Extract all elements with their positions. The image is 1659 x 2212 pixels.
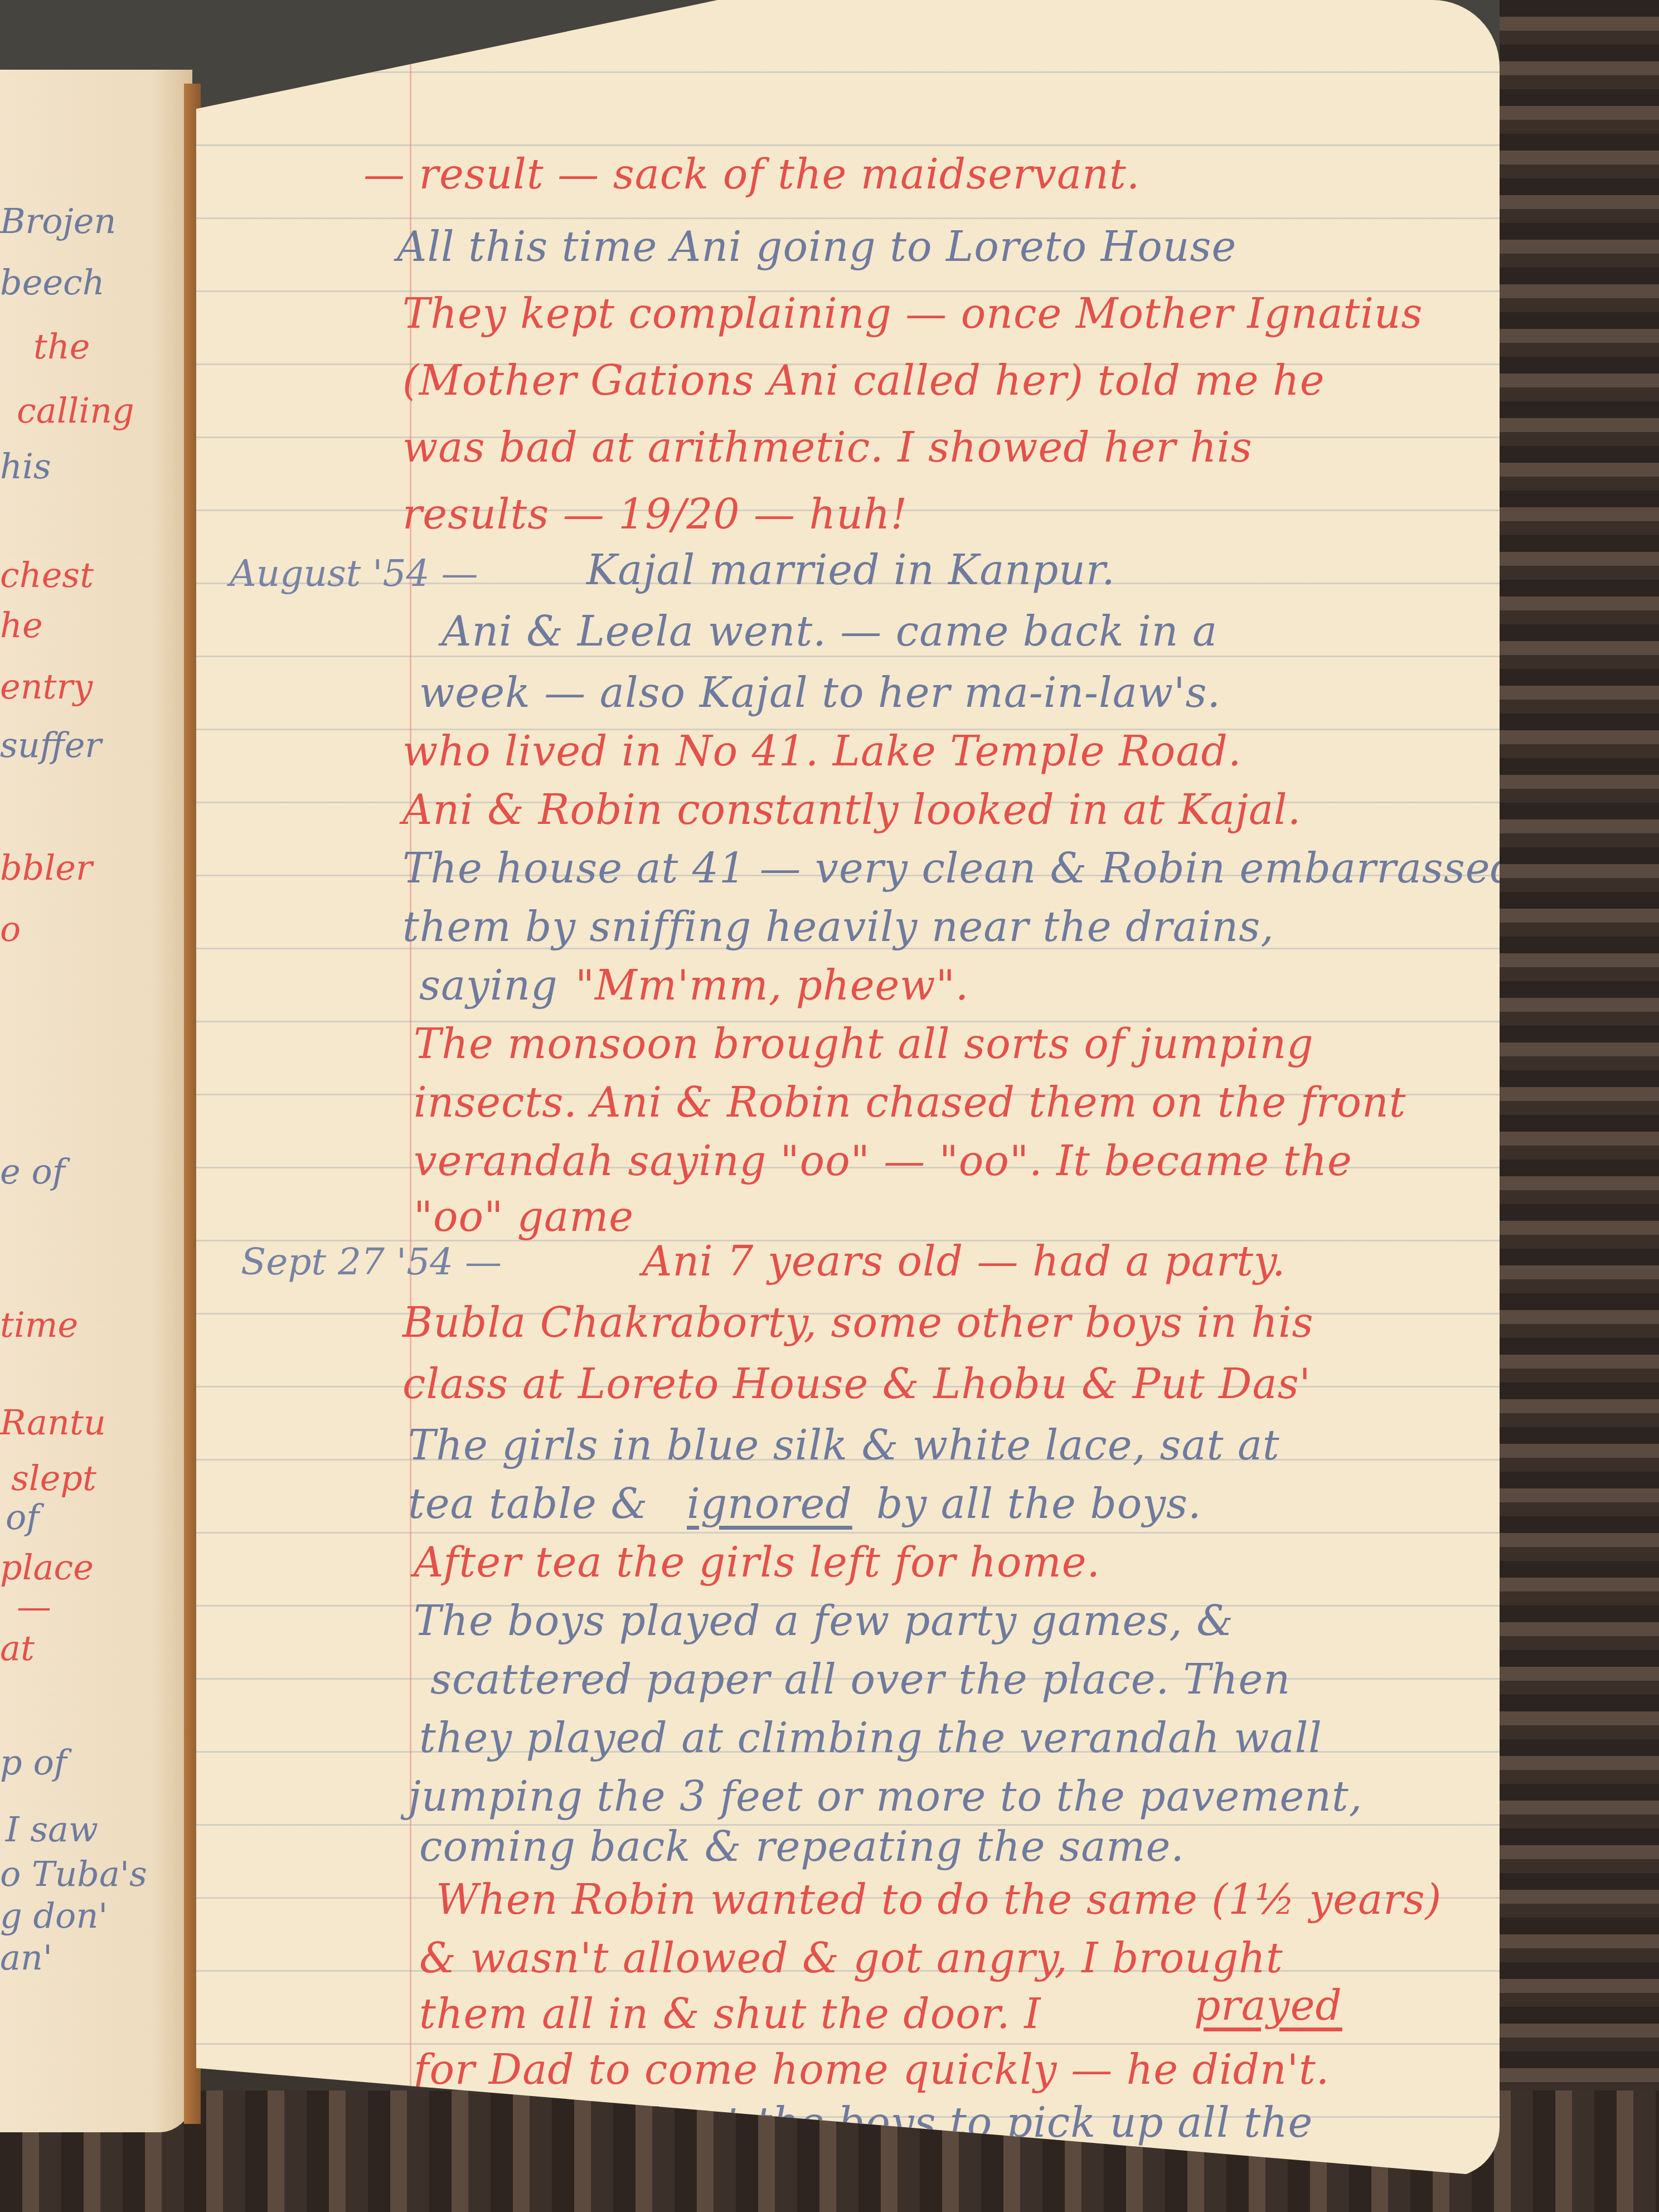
left-page: Brojen beech the calling his chest he en… (0, 70, 192, 2132)
text-line: jumping the 3 feet or more to the paveme… (408, 1773, 1362, 1821)
text-line: week — also Kajal to her ma-in-law's. (419, 669, 1221, 717)
text-line: When Robin wanted to do the same (1½ yea… (436, 1876, 1442, 1924)
text-line: tea table & (408, 1480, 648, 1528)
left-fragment: beech (0, 262, 105, 303)
text-line: was bad at arithmetic. I showed her his (402, 424, 1253, 472)
left-fragment: at (0, 1628, 35, 1668)
text-line: Bubla Chakraborty, some other boys in hi… (402, 1299, 1314, 1347)
left-fragment: the (33, 326, 90, 367)
left-fragment: place (0, 1547, 94, 1588)
text-line: saying (419, 962, 558, 1010)
text-line: The house at 41 — very clean & Robin emb… (402, 845, 1517, 892)
text-line: they played at climbing the verandah wal… (419, 1714, 1322, 1762)
text-line: them by sniffing heavily near the drains… (402, 903, 1274, 951)
background-table-right (1500, 0, 1659, 2212)
text-line: scattered paper all over the place. Then (430, 1656, 1291, 1704)
text-line: Ani & Leela went. — came back in a (442, 608, 1217, 656)
entry-date-sept: Sept 27 '54 — (241, 1240, 502, 1283)
text-line: class at Loreto House & Lhobu & Put Das' (402, 1360, 1311, 1408)
text-line: After tea the girls left for home. (414, 1539, 1100, 1587)
text-line: The girls in blue silk & white lace, sat… (408, 1422, 1280, 1469)
left-fragment: an' (0, 1937, 52, 1978)
left-fragment: Brojen (0, 201, 116, 241)
left-fragment: g don' (0, 1895, 108, 1936)
text-line: All this time Ani going to Loreto House (397, 223, 1236, 271)
left-fragment: o (0, 909, 21, 949)
left-fragment: — (17, 1586, 51, 1627)
text-line: by all the boys. (876, 1480, 1202, 1528)
underlined-word: prayed (1194, 1982, 1342, 2030)
text-line: results — 19/20 — huh! (402, 491, 908, 539)
left-fragment: he (0, 605, 43, 646)
text-line: insects. Ani & Robin chased them on the … (414, 1079, 1406, 1127)
text-line: verandah saying "oo" — "oo". It became t… (414, 1137, 1352, 1185)
underlined-word: ignored (687, 1480, 852, 1528)
text-line: them all in & shut the door. I (419, 1990, 1041, 2038)
text-line: The boys played a few party games, & (414, 1597, 1234, 1645)
text-line: "Mm'mm, pheew". (575, 962, 969, 1010)
left-fragment: calling (17, 390, 134, 431)
text-line: who lived in No 41. Lake Temple Road. (402, 727, 1241, 775)
text-line: for Dad to come home quickly — he didn't… (414, 2046, 1330, 2094)
text-line: Ani 7 years old — had a party. (642, 1238, 1286, 1286)
left-fragment: slept (11, 1458, 96, 1498)
left-fragment: entry (0, 666, 93, 707)
text-line: — result — sack of the maidservant. (363, 151, 1140, 198)
text-line: coming back & repeating the same. (419, 1823, 1185, 1871)
text-line: They kept complaining — once Mother Igna… (402, 290, 1423, 338)
text-line: Ani & Robin constantly looked in at Kaja… (402, 786, 1301, 834)
left-fragment: suffer (0, 725, 101, 765)
entry-date-august: August '54 — (230, 552, 478, 595)
left-fragment: bbler (0, 847, 93, 888)
left-fragment: e of (0, 1151, 65, 1192)
text-line: The monsoon brought all sorts of jumping (414, 1020, 1314, 1068)
left-fragment: his (0, 446, 51, 487)
left-fragment: time (0, 1304, 78, 1345)
left-fragment: of (6, 1497, 39, 1537)
text-line: & wasn't allowed & got angry, I brought (419, 1934, 1283, 1982)
text-line: Kajal married in Kanpur. (586, 546, 1115, 594)
text-line: "oo" game (414, 1193, 634, 1241)
left-fragment: I saw (6, 1809, 98, 1850)
left-fragment: o Tuba's (0, 1854, 147, 1894)
right-page: — result — sack of the maidservant. All … (196, 0, 1500, 2177)
left-fragment: Rantu (0, 1402, 106, 1443)
left-fragment: p of (0, 1742, 67, 1783)
left-fragment: chest (0, 555, 94, 595)
text-line: (Mother Gations Ani called her) told me … (402, 357, 1325, 405)
